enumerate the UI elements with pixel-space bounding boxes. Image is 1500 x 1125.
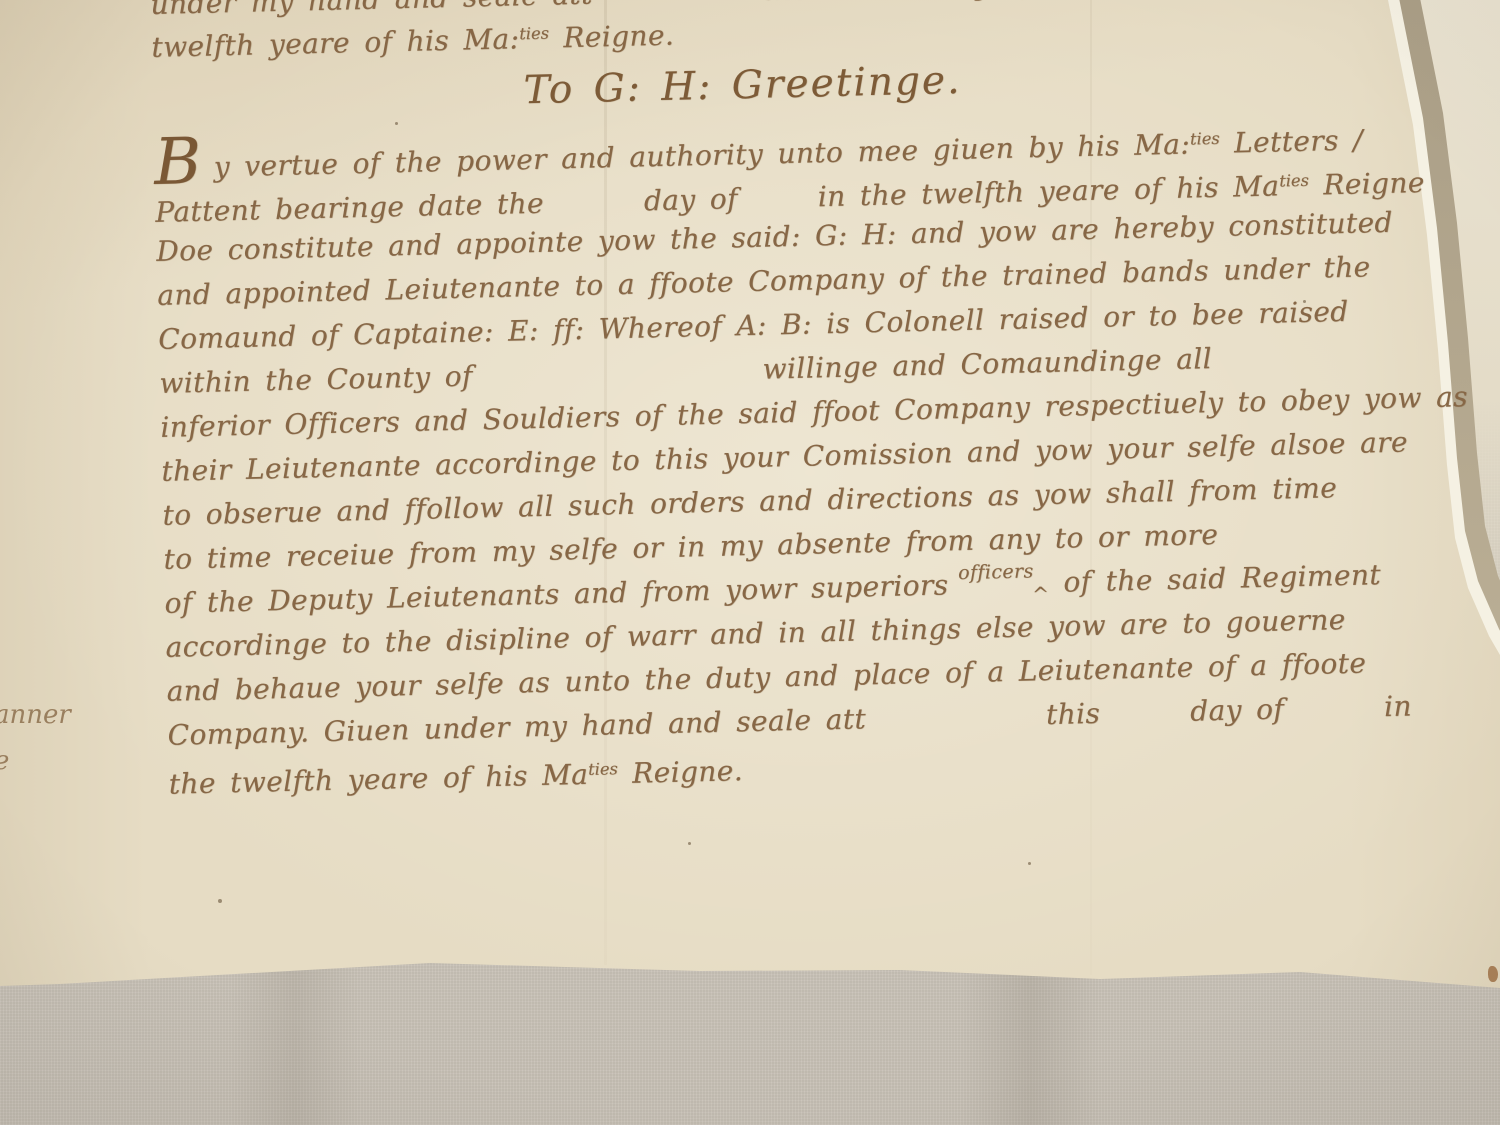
manuscript-segment: within the County of	[159, 360, 473, 400]
blank-space-left-for-filling-in	[1100, 690, 1191, 736]
blank-space-left-for-filling-in	[472, 348, 763, 399]
manuscript-segment-caret: ^	[1032, 572, 1050, 616]
paper-speck	[1028, 862, 1031, 865]
margin-text-fragment: e	[0, 746, 9, 776]
blank-space-left-for-filling-in	[866, 693, 1047, 741]
manuscript-segment: in	[1384, 689, 1413, 723]
manuscript-segment: this	[1046, 697, 1101, 731]
manuscript-segment: Reigne.	[617, 754, 743, 790]
manuscript-segment: Letters /	[1219, 123, 1363, 159]
manuscript-segment-sup: ties	[1279, 171, 1309, 191]
manuscript-text: under my hand and seale att the day of i…	[150, 0, 1469, 802]
manuscript-segment: day of	[939, 0, 1034, 2]
manuscript-segment: Reigne.	[549, 19, 675, 55]
paper-speck	[688, 842, 691, 845]
manuscript-segment-sup: ties	[1190, 129, 1220, 149]
manuscript-segment-sup: ties	[588, 759, 618, 779]
manuscript-segment: willinge and Comaundinge all	[762, 342, 1212, 386]
photograph-of-manuscript: under my hand and seale att the day of i…	[0, 0, 1500, 1125]
manuscript-segment: To G: H: Greetinge.	[523, 58, 962, 113]
manuscript-segment-sup: ties	[519, 24, 549, 44]
paper-edge-chip	[1488, 966, 1498, 982]
manuscript-segment: Reigne	[1309, 166, 1426, 202]
manuscript-segment-insert: officers	[958, 549, 1035, 595]
manuscript-segment: of the said Regiment	[1049, 558, 1382, 599]
blank-space-left-for-filling-in	[1284, 685, 1385, 731]
paper-speck	[218, 899, 222, 903]
margin-text-fragment: anner	[0, 700, 71, 730]
manuscript-segment: the	[762, 0, 810, 7]
manuscript-segment: day of	[1190, 692, 1285, 727]
manuscript-segment: day of	[643, 182, 738, 217]
